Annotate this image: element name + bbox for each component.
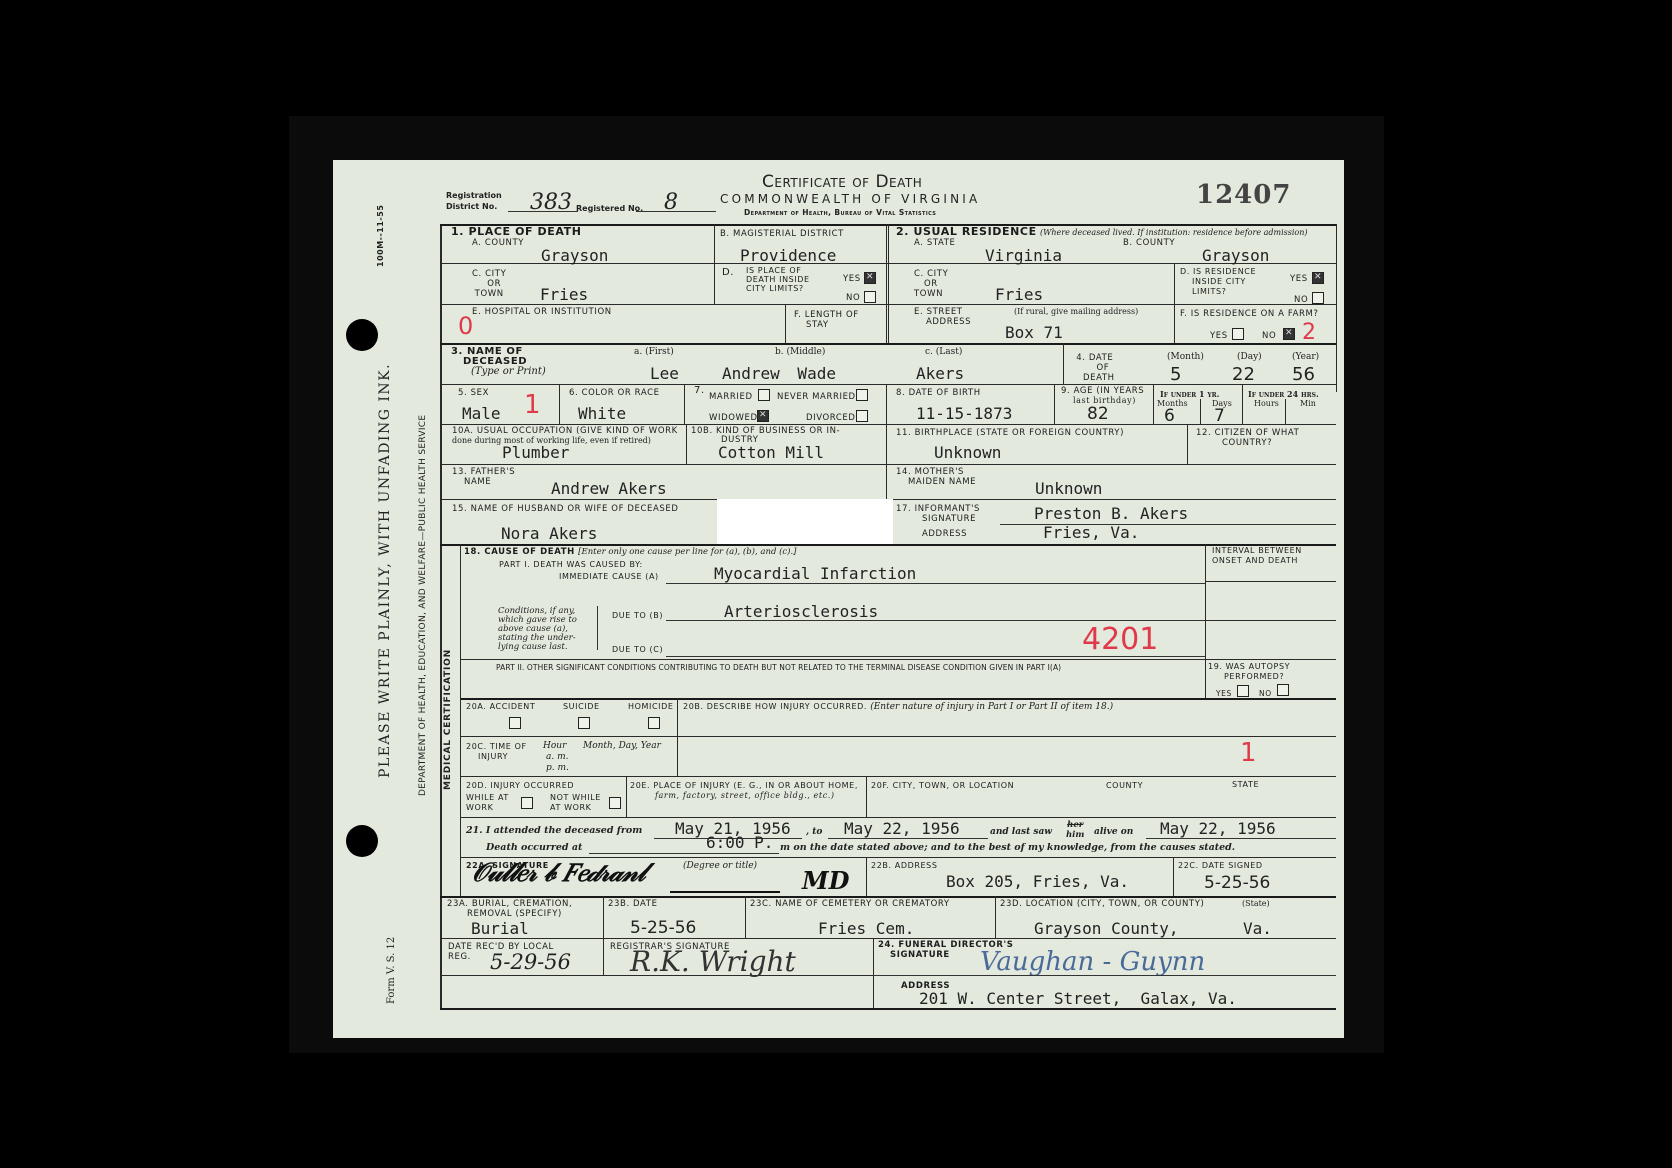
row-line-8 [440,544,1336,546]
col-citizen [1187,424,1188,464]
married-checkbox[interactable] [758,389,770,401]
col-res-limits [1174,263,1175,343]
mother-label: 14. Mother's Maiden Name [896,467,976,487]
burial-method-label: 23a. Burial, cremation, removal (Specify… [447,899,572,919]
res-county-value: Grayson [1202,247,1269,265]
race-value: White [578,405,626,423]
hour-label: Hour a. m. p. m. [543,741,569,774]
last-name-label: c. (Last) [925,347,962,357]
death-day-value: 22 [1232,364,1255,385]
location-label: 23d. Location (City, town, or county) [1000,899,1204,909]
col-age [1054,384,1055,424]
res-state-value: Virginia [985,247,1062,265]
describe-injury-label: 20b. Describe how injury occurred. (Ente… [683,702,1113,712]
res-limits-yes-checkbox[interactable] [1312,272,1324,284]
marital-label: 7. [694,386,705,396]
sex-value: Male [462,405,501,423]
suicide-checkbox[interactable] [578,717,590,729]
res-city-value: Fries [995,286,1043,304]
col-district [714,224,715,304]
cause-label: 18. Cause of Death [Enter only one cause… [464,547,797,557]
row-line-9 [1205,581,1336,582]
due-to-b-value: Arteriosclerosis [724,603,878,621]
suicide-label: Suicide [563,702,600,712]
death-time-value: 6:00 P. [706,834,773,852]
cemetery-label: 23c. Name of cemetery or crematory [750,899,950,909]
inside-limits-no-label: No [846,293,860,303]
birthplace-value: Unknown [934,444,1001,462]
informant-address-label: Address [922,529,967,539]
col-injury-city [866,776,867,817]
inside-limits-yes-label: Yes [843,274,861,284]
col-under1 [1153,384,1154,424]
medical-certification-label: MEDICAL CERTIFICATION [443,649,453,790]
dob-label: 8. Date of Birth [896,388,981,398]
farm-yes-label: Yes [1210,331,1228,341]
street-label: e. Street Address [914,307,971,327]
burial-date-label: 23b. Date [608,899,658,909]
date-signed-label: 22c. Date Signed [1178,861,1263,871]
mother-value: Unknown [1035,480,1102,498]
row-line-17 [440,896,1336,898]
divorced-checkbox[interactable] [856,410,868,422]
burial-method-value: Burial [471,920,529,938]
row-line-3 [440,343,1336,345]
father-label: 13. Father's Name [452,467,515,487]
under-24-label: If under 24 hrs. [1248,389,1319,399]
department-line: DEPARTMENT OF HEALTH, EDUCATION, AND WEL… [418,415,428,796]
registration-district-label: Registration District No. [446,190,502,212]
autopsy-yes-checkbox[interactable] [1237,685,1249,697]
punch-hole-bottom [346,825,378,857]
certificate-number: 12407 [1196,180,1291,210]
inside-limits-d-label: d. [722,268,734,278]
location-state-label: (State) [1242,899,1270,909]
row-line-12 [460,698,1336,700]
hours-label: Hours [1254,399,1279,409]
last-saw-label: and last saw [990,827,1052,837]
citizen-label: 12. Citizen of what country? [1196,428,1299,448]
farm-no-label: No [1262,331,1276,341]
row-line-20 [440,1008,1336,1010]
autopsy-no-checkbox[interactable] [1277,684,1289,696]
col-stay [785,304,786,343]
attended-label: 21. I attended the deceased from [466,826,642,836]
col-sig-address [866,857,867,896]
time-of-injury-label: 20c. Time of Injury [466,742,527,762]
first-name-value: Lee [650,365,679,383]
res-city-label: c. City or Town [914,269,948,299]
location-state-value: Va. [1243,920,1272,938]
date-of-death-label: 4. Date of Death [1075,353,1115,383]
received-date-value: 5-29-56 [490,950,571,974]
district-label: b. Magisterial District [720,229,844,239]
interval-label: Interval between onset and death [1212,546,1302,566]
physician-signature: 𝒪𝓊𝓁𝓁𝑒𝓇 𝒷 𝐹𝑒𝒹𝓇𝒶𝓃𝓁 [472,858,645,889]
not-while-work-checkbox[interactable] [609,797,621,809]
while-at-work-label: While at Work [466,793,509,813]
injury-occurred-label: 20d. Injury occurred [466,781,574,791]
county-label: a. County [472,238,524,248]
farm-no-checkbox[interactable] [1283,328,1295,340]
col-under24-split [1285,399,1286,424]
race-label: 6. Color or Race [569,388,660,398]
funeral-address-value: 201 W. Center Street, Galax, Va. [919,990,1237,1008]
death-occurred-label: Death occurred at [486,843,582,853]
city-label: c. City or Town [472,269,506,299]
attended-to-value: May 22, 1956 [844,820,960,838]
last-name-value: Akers [916,365,964,383]
commonwealth-subtitle: Commonwealth of Virginia [720,192,980,206]
immediate-cause-line [666,583,1205,584]
registration-district-no: 383 [530,190,572,215]
autopsy-label: 19. Was autopsy performed? [1208,662,1290,682]
col-location [995,896,996,938]
col-burial-date [603,896,604,938]
first-name-label: a. (First) [634,347,674,357]
medical-cert-divider [460,544,461,896]
write-plainly-instruction: PLEASE WRITE PLAINLY, WITH UNFADING INK. [377,363,393,778]
inside-limits-no-checkbox[interactable] [864,291,876,303]
last-seen-value: May 22, 1956 [1160,820,1276,838]
col-birthplace [886,424,887,464]
informant-address-value: Fries, Va. [1043,524,1139,542]
res-limits-label: d. Is residence inside city limits? [1180,267,1256,297]
spouse-label: 15. Name of husband or wife of deceased [452,504,679,514]
registered-no: 8 [664,190,678,215]
row-line-5 [440,424,1336,425]
part-2-label: Part II. Other significant conditions co… [496,663,1061,673]
col-marital [684,384,685,424]
col-race [559,384,560,424]
last-seen-line [1146,838,1336,839]
never-married-label: Never Married [777,392,856,402]
accident-checkbox[interactable] [509,717,521,729]
death-district-value: Providence [740,247,836,265]
certificate-title: Certificate of Death [762,172,922,192]
res-limits-no-label: No [1294,295,1308,305]
under-1-label: If under 1 yr. [1160,389,1219,399]
injury-city-label: 20f. City, town, or location [871,781,1014,791]
attended-to-line [828,838,988,839]
street-value: Box 71 [1005,324,1063,342]
row-line-15 [460,817,1336,818]
informant-label: 17. Informant's Signature [896,504,980,524]
death-time-line [589,853,779,854]
col-industry [686,424,687,464]
registrar-signature: R.K. Wright [630,945,796,978]
not-while-work-label: Not while at work [550,793,601,813]
sex-label: 5. Sex [458,388,489,398]
farm-label: f. Is residence on a farm? [1180,309,1319,319]
res-county-label: b. County [1123,238,1175,248]
date-signed-value: 5-25-56 [1204,873,1270,893]
funeral-signature-line [873,975,1336,976]
age-label: 9. Age (In years last birthday) [1061,387,1144,405]
part-1-label: Part I. Death was caused by: [499,560,643,570]
name-label: 3. Name of Deceased (Type or Print) [451,347,546,377]
physician-address-value: Box 205, Fries, Va. [946,873,1129,891]
res-limits-no-checkbox[interactable] [1312,292,1324,304]
cause-code-mark: 4201 [1082,622,1158,657]
birthplace-label: 11. Birthplace (State or foreign country… [896,428,1124,438]
while-at-work-checkbox[interactable] [521,797,533,809]
homicide-label: Homicide [628,702,674,712]
age-value: 82 [1087,404,1109,424]
hospital-red-mark: 0 [458,312,473,340]
res-state-label: a. State [914,238,956,248]
col-dob [886,384,887,424]
stay-label: f. Length of Stay [794,310,859,330]
divorced-label: Divorced [806,413,856,423]
location-value: Grayson County, [1034,920,1179,938]
homicide-checkbox[interactable] [648,717,660,729]
her-him-label: her him [1066,820,1084,840]
occupation-value: Plumber [502,444,569,462]
col-date-death [1063,343,1064,384]
hospital-label: e. Hospital or Institution [472,307,612,317]
table-right-border [1336,224,1337,392]
death-city-value: Fries [540,286,588,304]
death-month-value: 5 [1170,364,1181,385]
min-label: Min [1300,399,1316,409]
industry-value: Cotton Mill [718,444,824,462]
row-line-10 [1205,620,1336,621]
place-of-injury-label: 20e. Place of injury (e. g., in or about… [630,781,858,801]
degree-label: (Degree or title) [683,861,757,871]
col-interval [1205,544,1206,698]
never-married-checkbox[interactable] [856,389,868,401]
street-note: (If rural, give mailing address) [1014,307,1138,317]
burial-date-value: 5-25-56 [630,918,696,938]
row-line-18 [440,938,1336,939]
dob-value: 11-15-1873 [916,405,1012,423]
col-injury-place [626,776,627,817]
middle-name-value: Andrew Wade [722,365,836,383]
widowed-label: Widowed [709,413,758,423]
section-divider-1-2 [886,224,889,343]
row-line-6 [440,464,1336,465]
punch-hole-top [346,319,378,351]
conditions-note: Conditions, if any, which gave rise to a… [498,607,577,652]
registered-no-label: Registered No. [576,204,643,213]
farm-red-mark: 2 [1302,320,1316,345]
usual-residence-label: 2. Usual Residence (Where deceased lived… [896,227,1308,238]
death-county-value: Grayson [541,247,608,265]
injury-state-label: State [1232,780,1259,790]
immediate-cause-label: Immediate cause (a) [559,572,659,582]
farm-yes-checkbox[interactable] [1232,328,1244,340]
due-to-c-label: Due to (c) [612,645,663,655]
days-value: 7 [1214,406,1225,426]
cemetery-value: Fries Cem. [818,920,914,938]
day-label: (Day) [1237,352,1262,362]
signature-line [670,891,780,893]
widowed-checkbox[interactable] [757,410,769,422]
injury-red-mark: 1 [1240,738,1257,768]
married-label: Married [709,392,753,402]
injury-county-label: County [1106,781,1143,791]
autopsy-no-label: No [1259,689,1272,699]
to-label: , to [806,827,822,837]
col-cemetery [745,896,746,938]
col-registrar [603,938,604,975]
col-mother [886,464,887,499]
col-funeral [873,938,874,1008]
place-of-death-label: 1. Place of Death [451,227,582,237]
col-under1-split [1200,399,1201,424]
funeral-director-signature: Vaughan - Guynn [980,947,1205,977]
father-value: Andrew Akers [551,480,667,498]
middle-name-label: b. (Middle) [775,347,825,357]
immediate-cause-value: Myocardial Infarction [714,565,916,583]
inside-limits-yes-checkbox[interactable] [864,272,876,284]
col-injury-describe [677,698,678,776]
accident-label: 20a. Accident [466,702,535,712]
inside-limits-label: Is place of death inside city limits? [746,266,810,293]
row-line-4 [440,384,1336,385]
conditions-brace [593,606,598,650]
physician-address-label: 22b. Address [871,861,938,871]
department-subtitle: Department of Health, Bureau of Vital St… [744,208,936,217]
row-line-14 [460,776,1336,777]
sex-red-mark: 1 [524,390,541,420]
informant-value: Preston B. Akers [1034,505,1188,523]
form-number: Form V. S. 12 [386,937,397,1004]
attendance-statement: m on the date stated above; and to the b… [780,843,1235,853]
col-under24 [1242,384,1243,424]
year-label: (Year) [1292,352,1319,362]
physician-degree: MD [802,866,849,895]
table-left-border [440,224,442,1008]
row-line-13 [460,736,1336,737]
form-code: 100M--11-55 [376,205,385,267]
month-day-year-label: Month, Day, Year [583,741,661,751]
col-date-signed [1173,857,1174,896]
due-to-b-label: Due to (b) [612,611,663,621]
autopsy-yes-label: Yes [1216,689,1232,699]
months-value: 6 [1164,406,1175,426]
death-year-value: 56 [1292,364,1315,385]
alive-on-label: alive on [1094,827,1133,837]
month-label: (Month) [1167,352,1204,362]
spouse-value: Nora Akers [501,525,597,543]
redacted-area [717,499,893,544]
res-limits-yes-label: Yes [1290,274,1308,284]
